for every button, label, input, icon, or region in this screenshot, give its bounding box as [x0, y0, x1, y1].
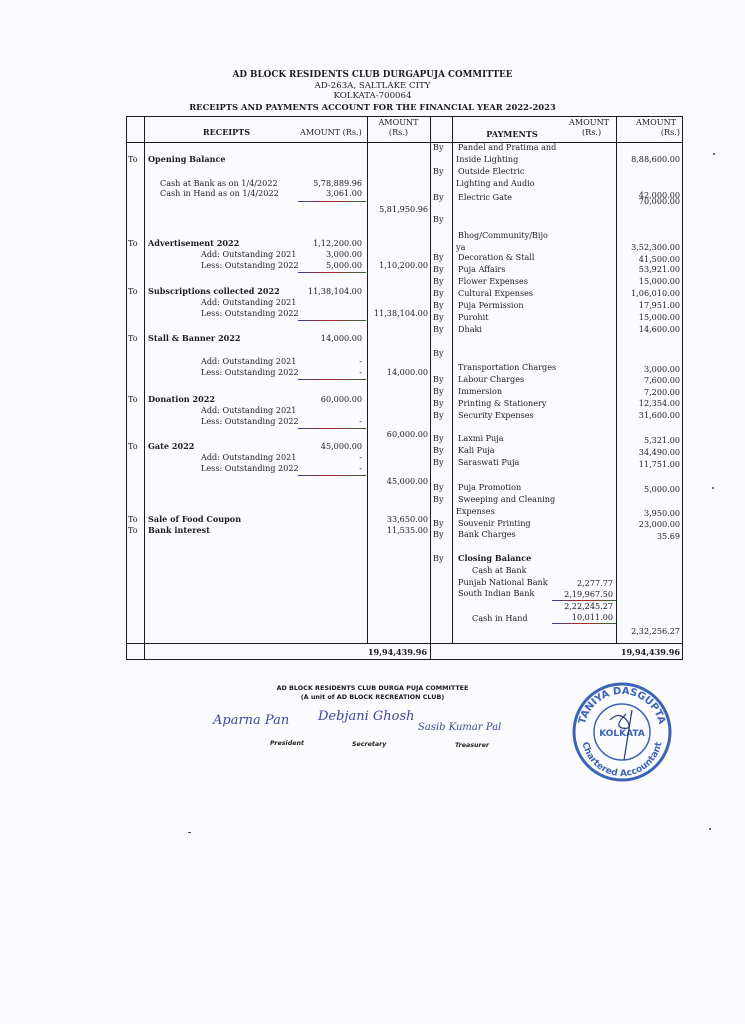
table-cell: -	[296, 356, 362, 367]
subscriptions-total: 11,38,104.00	[367, 308, 428, 319]
signature-treasurer: Sasib Kumar Pal	[418, 722, 501, 733]
table-cell: Add: Outstanding 2021	[201, 297, 296, 308]
address-line-1: AD-263A, SALTLAKE CITY	[0, 81, 745, 92]
svg-text:TANIYA DASGUPTA: TANIYA DASGUPTA	[577, 686, 667, 726]
payment-item-amount: 53,921.00	[616, 264, 680, 275]
closing-balance-total: 2,32,256.27	[616, 626, 680, 637]
payment-item-label: Transportation Charges	[458, 362, 556, 373]
table-cell: By	[433, 445, 444, 456]
table-cell: Add: Outstanding 2021	[201, 356, 296, 367]
ca-stamp-icon: TANIYA DASGUPTA Chartered Accountant KOL…	[570, 680, 674, 784]
food-coupon-label: Sale of Food Coupon	[148, 514, 241, 525]
payment-item-label: Immersion	[458, 386, 502, 397]
payment-item-label: Souvenir Printing	[458, 518, 531, 529]
table-cell: By	[433, 252, 444, 263]
table-cell: Add: Outstanding 2021	[201, 405, 296, 416]
table-cell: 3,000.00	[296, 249, 362, 260]
payment-item-label: Pandel and Pratima and	[458, 142, 556, 153]
table-cell: Add: Outstanding 2021	[201, 452, 296, 463]
advertisement-total: 1,10,200.00	[367, 260, 428, 271]
payment-item-amount: 5,321.00	[616, 435, 680, 446]
payment-item-label: Bhog/Community/Bijo	[458, 230, 548, 241]
table-cell: Less: Outstanding 2022	[201, 308, 299, 319]
table-cell: -	[296, 452, 362, 463]
payment-item-amount: 23,000.00	[616, 519, 680, 530]
col-amount-rs: AMOUNT (Rs.)	[300, 127, 362, 138]
payment-item-label: Puja Promotion	[458, 482, 521, 493]
advertisement-value: 1,12,200.00	[296, 238, 362, 249]
table-cell: By	[433, 386, 444, 397]
table-cell: Less: Outstanding 2022	[201, 260, 299, 271]
payment-item-label: Outside Electric	[458, 166, 524, 177]
payment-item-label: Puja Affairs	[458, 264, 505, 275]
underline-divider	[298, 428, 366, 429]
table-cell: 2,19,967.50	[546, 589, 613, 600]
subscriptions-value: 11,38,104.00	[296, 286, 362, 297]
table-cell: By	[433, 192, 444, 203]
payment-item-amount: 70,000.00	[616, 196, 680, 207]
table-cell: By	[433, 142, 444, 153]
gate-value: 45,000.00	[296, 441, 362, 452]
table-cell: -	[296, 463, 362, 474]
payment-item-amount: 17,951.00	[616, 300, 680, 311]
table-cell: By	[433, 348, 444, 359]
donation-total: 60,000.00	[367, 429, 428, 440]
col-payments: PAYMENTS	[452, 129, 572, 140]
payment-item-amount: 12,354.00	[616, 398, 680, 409]
opening-balance-total: 5,81,950.96	[367, 204, 428, 215]
underline-divider	[552, 623, 616, 624]
table-cell: To	[128, 525, 138, 536]
stall-value: 14,000.00	[296, 333, 362, 344]
table-cell: By	[433, 457, 444, 468]
table-cell: 5,000.00	[296, 260, 362, 271]
gate-label: Gate 2022	[148, 441, 194, 452]
table-cell: By	[433, 276, 444, 287]
payment-item-amount: 7,600.00	[616, 375, 680, 386]
stall-total: 14,000.00	[367, 367, 428, 378]
table-cell: By	[433, 553, 444, 564]
table-cell: By	[433, 529, 444, 540]
payment-item-amount: 11,751.00	[616, 459, 680, 470]
table-cell: To	[128, 238, 138, 249]
receipts-payments-table: RECEIPTS AMOUNT (Rs.) AMOUNT (Rs.) PAYME…	[126, 116, 683, 660]
org-name: AD BLOCK RESIDENTS CLUB DURGAPUJA COMMIT…	[0, 70, 745, 81]
receipts-grand-total: 19,94,439.96	[367, 647, 427, 658]
payment-item-amount: 15,000.00	[616, 276, 680, 287]
table-cell: By	[433, 166, 444, 177]
closing-balance-label: Closing Balance	[458, 553, 531, 564]
signature-president: Aparna Pan	[213, 713, 289, 728]
table-cell: To	[128, 154, 138, 165]
payment-item-amount: 35.69	[616, 531, 680, 542]
table-cell: By	[433, 264, 444, 275]
payment-item-label-cont: Inside Lighting	[456, 154, 518, 165]
table-cell: To	[128, 286, 138, 297]
role-secretary: Secretary	[352, 741, 386, 748]
table-cell: By	[433, 518, 444, 529]
underline-divider	[298, 320, 366, 321]
payment-item-label: Kali Puja	[458, 445, 495, 456]
stall-label: Stall & Banner 2022	[148, 333, 241, 344]
payment-item-amount: 1,06,010.00	[616, 288, 680, 299]
statement-title: RECEIPTS AND PAYMENTS ACCOUNT FOR THE FI…	[0, 102, 745, 113]
payment-item-label: Bank Charges	[458, 529, 516, 540]
payment-item-amount: 3,000.00	[616, 364, 680, 375]
table-cell: By	[433, 312, 444, 323]
underline-divider	[298, 475, 366, 476]
table-cell: -	[296, 367, 362, 378]
table-cell: 10,011.00	[546, 612, 613, 623]
subscriptions-label: Subscriptions collected 2022	[148, 286, 280, 297]
table-cell: Cash at Bank	[472, 565, 527, 576]
table-cell: By	[433, 374, 444, 385]
payment-item-amount: 14,600.00	[616, 324, 680, 335]
table-cell: By	[433, 482, 444, 493]
table-cell: To	[128, 333, 138, 344]
bank-interest-label: Bank interest	[148, 525, 210, 536]
scan-speck	[188, 832, 191, 833]
payments-grand-total: 19,94,439.96	[616, 647, 680, 658]
table-cell: By	[433, 324, 444, 335]
payment-item-label: Printing & Stationery	[458, 398, 546, 409]
payment-item-label: Security Expenses	[458, 410, 534, 421]
payment-item-amount: 31,600.00	[616, 410, 680, 421]
opening-balance-label: Opening Balance	[148, 154, 226, 165]
gate-total: 45,000.00	[367, 476, 428, 487]
table-cell: To	[128, 514, 138, 525]
table-cell: By	[433, 433, 444, 444]
scan-speck	[713, 153, 715, 155]
food-coupon-total: 33,650.00	[367, 514, 428, 525]
table-cell: -	[296, 416, 362, 427]
donation-label: Donation 2022	[148, 394, 215, 405]
table-cell: By	[433, 288, 444, 299]
table-cell: By	[433, 494, 444, 505]
payment-item-label: Labour Charges	[458, 374, 524, 385]
table-cell: To	[128, 441, 138, 452]
table-cell: Less: Outstanding 2022	[201, 463, 299, 474]
table-cell: 2,22,245.27	[546, 601, 613, 612]
payment-item-label: Puja Permission	[458, 300, 524, 311]
donation-value: 60,000.00	[296, 394, 362, 405]
table-cell: Punjab National Bank	[458, 577, 548, 588]
bank-interest-total: 11,535.00	[367, 525, 428, 536]
table-cell: By	[433, 300, 444, 311]
payment-item-label: Saraswati Puja	[458, 457, 519, 468]
payment-item-label: Dhaki	[458, 324, 482, 335]
document-header: AD BLOCK RESIDENTS CLUB DURGAPUJA COMMIT…	[0, 70, 745, 112]
svg-text:KOLKATA: KOLKATA	[599, 729, 645, 739]
payment-item-label: Electric Gate	[458, 192, 512, 203]
payment-item-label-cont: Lighting and Audio	[456, 178, 535, 189]
col-receipts: RECEIPTS	[144, 127, 309, 138]
underline-divider	[298, 272, 366, 273]
scan-speck	[709, 828, 711, 830]
table-cell: By	[433, 410, 444, 421]
table-cell: Add: Outstanding 2021	[201, 249, 296, 260]
payment-item-label: Flower Expenses	[458, 276, 528, 287]
table-cell: By	[433, 214, 444, 225]
table-cell: Less: Outstanding 2022	[201, 367, 299, 378]
table-cell: Less: Outstanding 2022	[201, 416, 299, 427]
scan-speck	[712, 487, 714, 489]
underline-divider	[298, 201, 366, 202]
payment-item-amount: 5,000.00	[616, 484, 680, 495]
table-cell: Cash in Hand	[472, 613, 528, 624]
payment-item-label: Purohit	[458, 312, 488, 323]
payment-item-amount: 7,200.00	[616, 387, 680, 398]
signature-secretary: Debjani Ghosh	[318, 709, 415, 724]
payment-item-amount: 3,52,300.00	[616, 242, 680, 253]
role-president: President	[270, 740, 304, 747]
payment-item-label: Laxmi Puja	[458, 433, 504, 444]
payment-item-label: Sweeping and Cleaning	[458, 494, 555, 505]
payment-item-amount: 3,950.00	[616, 508, 680, 519]
underline-divider	[298, 379, 366, 380]
payment-item-amount: 8,88,600.00	[616, 154, 680, 165]
table-cell: 3,061.00	[296, 188, 362, 199]
table-cell: By	[433, 398, 444, 409]
advertisement-label: Advertisement 2022	[148, 238, 239, 249]
payment-item-label: Decoration & Stall	[458, 252, 534, 263]
payment-item-amount: 34,490.00	[616, 447, 680, 458]
payment-item-label: Cultural Expenses	[458, 288, 533, 299]
role-treasurer: Treasurer	[455, 742, 489, 749]
table-cell: To	[128, 394, 138, 405]
payment-item-label-cont: Expenses	[456, 506, 495, 517]
payment-item-amount: 15,000.00	[616, 312, 680, 323]
address-line-2: KOLKATA-700064	[0, 91, 745, 102]
table-cell: 2,277.77	[546, 578, 613, 589]
table-cell: South Indian Bank	[458, 588, 534, 599]
table-cell: Cash in Hand as on 1/4/2022	[160, 188, 279, 199]
